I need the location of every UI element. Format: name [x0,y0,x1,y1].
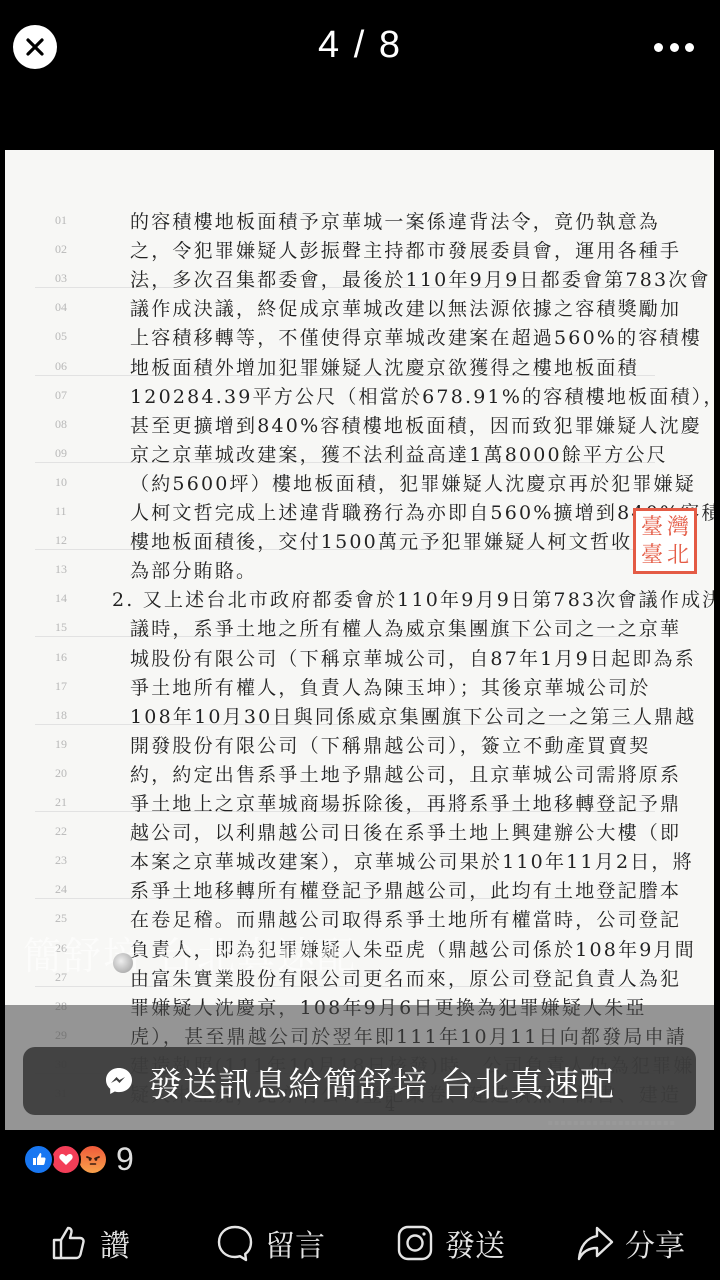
document-line: 10（約5600坪）樓地板面積，犯罪嫌疑人沈慶京再於犯罪嫌疑 [5,469,714,499]
more-horizontal-icon-dot [670,43,679,52]
line-text: 上容積移轉等，不僅使得京華城改建案在超過560%的容積樓 [130,323,702,353]
line-number: 07 [55,388,67,403]
line-text: 人柯文哲完成上述違背職務行為亦即自560%擴增到840%容積 [130,498,714,528]
line-number: 23 [55,853,67,868]
line-number: 11 [55,504,67,519]
line-text: 108年10月30日與同係威京集團旗下公司之一之第三人鼎越 [130,702,696,732]
line-text: 城股份有限公司（下稱京華城公司，自87年1月9日起即為系 [130,644,696,674]
line-number: 16 [55,650,67,665]
share-icon [575,1223,615,1263]
line-number: 03 [55,271,67,286]
comment-label: 留言 [265,1221,325,1265]
document-line: 17爭土地所有權人，負責人為陳玉坤）；其後京華城公司於 [5,673,714,703]
seal-char: 臺 [639,542,665,570]
line-number: 01 [55,213,67,228]
more-horizontal-icon-dot [685,43,694,52]
document-line: 22越公司，以利鼎越公司日後在系爭土地上興建辦公大樓（即 [5,818,714,848]
like-button[interactable]: 讚 [0,1215,180,1271]
document-line: 02之，令犯罪嫌疑人彭振聲主持都市發展委員會，運用各種手 [5,236,714,266]
messenger-icon [104,1066,134,1096]
line-number: 09 [55,446,67,461]
thumbs-up-icon [50,1223,90,1263]
line-text: 爭土地上之京華城商場拆除後，再將系爭土地移轉登記予鼎 [130,789,681,819]
document-footer-code: ▪▪▪▪▪▪▪▪▪▪▪▪▪▪▪▪▪▪▪▪ [548,1118,676,1127]
line-text: 地板面積外增加犯罪嫌疑人沈慶京欲獲得之樓地板面積 [130,353,639,383]
send-message-button[interactable]: 發送訊息給簡舒培 台北真速配 [23,1047,696,1115]
seal-char: 臺 [639,514,665,542]
document-line: 12樓地板面積後，交付1500萬元予犯罪嫌疑人柯文哲收受，作 [5,527,714,557]
document-line: 01的容積樓地板面積予京華城一案係違背法令，竟仍執意為 [5,207,714,237]
line-text: 系爭土地移轉所有權登記予鼎越公司，此均有土地登記謄本 [130,876,681,906]
line-number: 19 [55,737,67,752]
document-line: 07120284.39平方公尺（相當於678.91%的容積樓地板面積）， [5,382,714,412]
line-number: 22 [55,824,67,839]
line-text: 爭土地所有權人，負責人為陳玉坤）；其後京華城公司於 [130,673,651,703]
line-number: 24 [55,882,67,897]
watermark-text: 簡舒培 台北真速配 [23,925,357,980]
line-number: 25 [55,911,67,926]
comment-button[interactable]: 留言 [180,1215,360,1271]
line-number: 05 [55,329,67,344]
seal-char: 北 [665,542,691,570]
reaction-count: 9 [116,1141,134,1178]
line-text: 議作成決議，終促成京華城改建以無法源依據之容積獎勵加 [130,294,681,324]
share-label: 分享 [625,1221,685,1265]
line-number: 20 [55,766,67,781]
line-text: 之，令犯罪嫌疑人彭振聲主持都市發展委員會，運用各種手 [130,236,681,266]
post-action-bar: 讚 留言 發送 分享 [0,1215,720,1271]
line-number: 21 [55,795,67,810]
line-number: 14 [55,591,67,606]
line-text: 為部分賄賂。 [130,556,257,586]
line-number: 06 [55,359,67,374]
line-number: 13 [55,562,67,577]
like-label: 讚 [100,1221,130,1265]
globe-icon [113,953,133,973]
document-line: 21爭土地上之京華城商場拆除後，再將系爭土地移轉登記予鼎 [5,789,714,819]
line-text: 120284.39平方公尺（相當於678.91%的容積樓地板面積）， [130,382,714,412]
line-text: 約，約定出售系爭土地予鼎越公司，且京華城公司需將原系 [130,760,681,790]
document-line: 04議作成決議，終促成京華城改建以無法源依據之容積獎勵加 [5,294,714,324]
angry-reaction-icon [77,1144,108,1175]
line-number: 15 [55,620,67,635]
love-reaction-icon [50,1144,81,1175]
document-line: 13為部分賄賂。 [5,556,714,586]
line-text: 議時，系爭土地之所有權人為威京集團旗下公司之一之京華 [130,614,681,644]
comment-icon [215,1223,255,1263]
line-number: 18 [55,708,67,723]
line-number: 02 [55,242,67,257]
line-number: 04 [55,300,67,315]
viewer-top-bar: 4 / 8 [0,0,720,150]
line-text: 甚至更擴增到840%容積樓地板面積，因而致犯罪嫌疑人沈慶 [130,411,702,441]
send-label: 發送 [445,1221,505,1265]
line-number: 12 [55,533,67,548]
line-text: 2. 又上述台北市政府都委會於110年9月9日第783次會議作成決 [112,585,714,615]
seal-char: 灣 [665,514,691,542]
instagram-send-icon [395,1223,435,1263]
document-photo[interactable]: 31疑人朱亞虎，此亦有公司登記案卷、建造執照申請書、建造30建造執照(111年1… [5,150,714,1130]
share-button[interactable]: 分享 [540,1215,720,1271]
document-line: 24系爭土地移轉所有權登記予鼎越公司，此均有土地登記謄本 [5,876,714,906]
line-text: （約5600坪）樓地板面積，犯罪嫌疑人沈慶京再於犯罪嫌疑 [130,469,696,499]
document-line: 08甚至更擴增到840%容積樓地板面積，因而致犯罪嫌疑人沈慶 [5,411,714,441]
court-seal-stamp: 臺 灣 臺 北 [633,508,697,574]
line-text: 開發股份有限公司（下稱鼎越公司），簽立不動產買賣契 [130,731,651,761]
document-line: 15議時，系爭土地之所有權人為威京集團旗下公司之一之京華 [5,614,714,644]
more-options-button[interactable] [654,38,694,56]
document-line: 16城股份有限公司（下稱京華城公司，自87年1月9日起即為系 [5,644,714,674]
line-text: 越公司，以利鼎越公司日後在系爭土地上興建辦公大樓（即 [130,818,681,848]
document-line: 11人柯文哲完成上述違背職務行為亦即自560%擴增到840%容積 [5,498,714,528]
document-line: 18108年10月30日與同係威京集團旗下公司之一之第三人鼎越 [5,702,714,732]
document-line: 19開發股份有限公司（下稱鼎越公司），簽立不動產買賣契 [5,731,714,761]
document-line: 05上容積移轉等，不僅使得京華城改建案在超過560%的容積樓 [5,323,714,353]
line-text: 法，多次召集都委會，最後於110年9月9日都委會第783次會 [130,265,711,295]
line-number: 17 [55,679,67,694]
document-line: 142. 又上述台北市政府都委會於110年9月9日第783次會議作成決 [5,585,714,615]
send-message-label: 發送訊息給簡舒培 台北真速配 [148,1057,615,1106]
line-text: 的容積樓地板面積予京華城一案係違背法令，竟仍執意為 [130,207,660,237]
document-line: 23本案之京華城改建案），京華城公司果於110年11月2日，將 [5,847,714,877]
send-button[interactable]: 發送 [360,1215,540,1271]
line-text: 本案之京華城改建案），京華城公司果於110年11月2日，將 [130,847,694,877]
document-line: 20約，約定出售系爭土地予鼎越公司，且京華城公司需將原系 [5,760,714,790]
like-reaction-icon [23,1144,54,1175]
document-line: 03法，多次召集都委會，最後於110年9月9日都委會第783次會 [5,265,714,295]
reactions-summary[interactable]: 9 [23,1143,134,1175]
document-line: 09京之京華城改建案，獲不法利益高達1萬8000餘平方公尺 [5,440,714,470]
line-text: 樓地板面積後，交付1500萬元予犯罪嫌疑人柯文哲收受，作 [130,527,696,557]
line-number: 10 [55,475,67,490]
line-text: 京之京華城改建案，獲不法利益高達1萬8000餘平方公尺 [130,440,668,470]
page-counter: 4 / 8 [0,24,720,67]
line-number: 08 [55,417,67,432]
more-horizontal-icon-dot [654,43,663,52]
document-line: 06地板面積外增加犯罪嫌疑人沈慶京欲獲得之樓地板面積 [5,353,714,383]
